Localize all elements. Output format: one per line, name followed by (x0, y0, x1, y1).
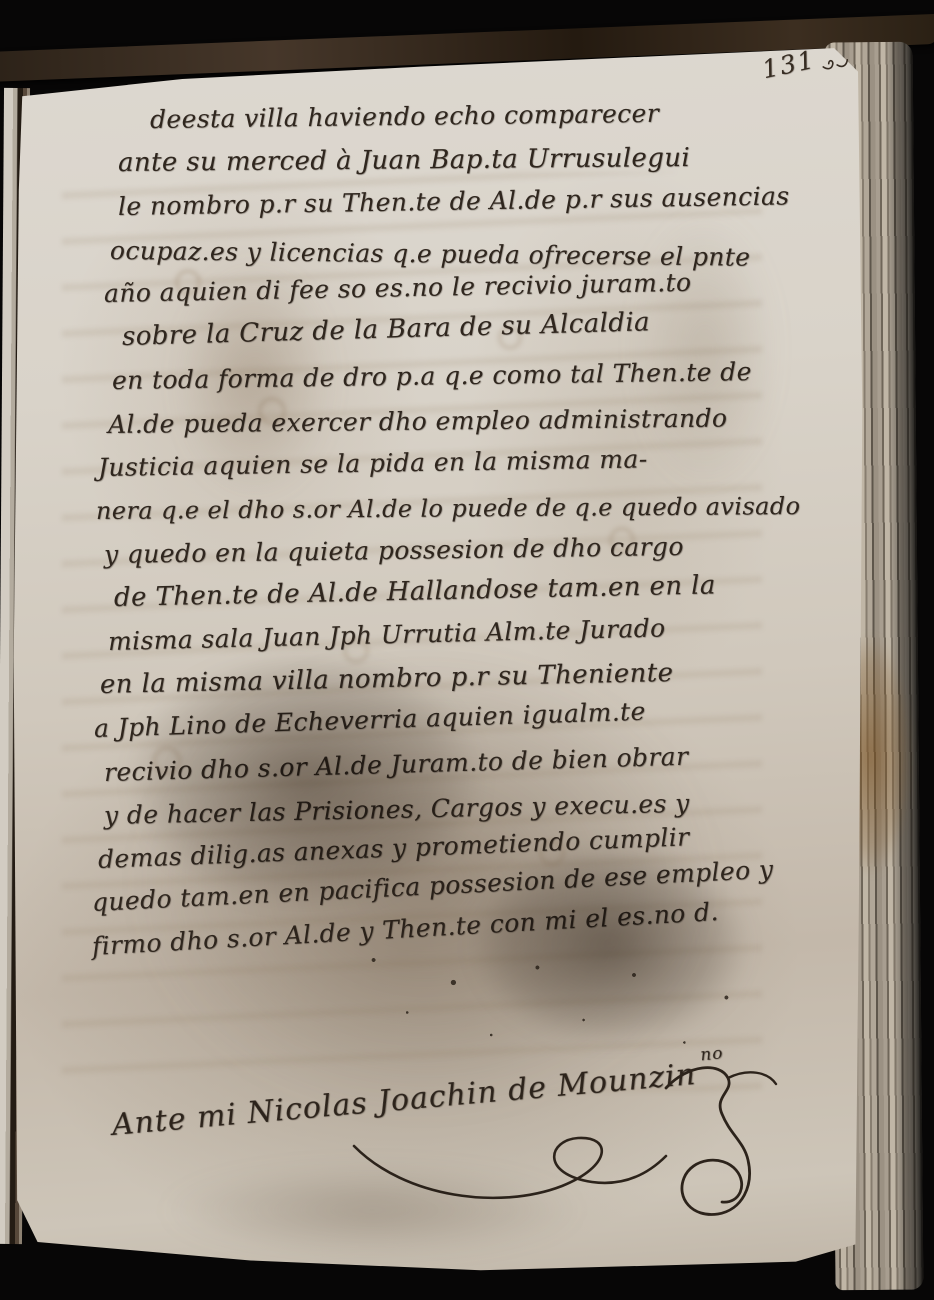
text-line: deesta villa haviendo echo comparecer (150, 90, 818, 142)
manuscript-photo: 131 deesta villa haviendo echo comparece… (0, 0, 934, 1300)
manuscript-text-block: deesta villa haviendo echo comparecer an… (118, 98, 818, 968)
signature-under-flourish (350, 1128, 670, 1218)
text-line: en toda forma de dro p.a q.e como tal Th… (112, 349, 819, 402)
notary-rubric-flourish (648, 1058, 828, 1233)
ink-spatters (340, 930, 760, 1080)
